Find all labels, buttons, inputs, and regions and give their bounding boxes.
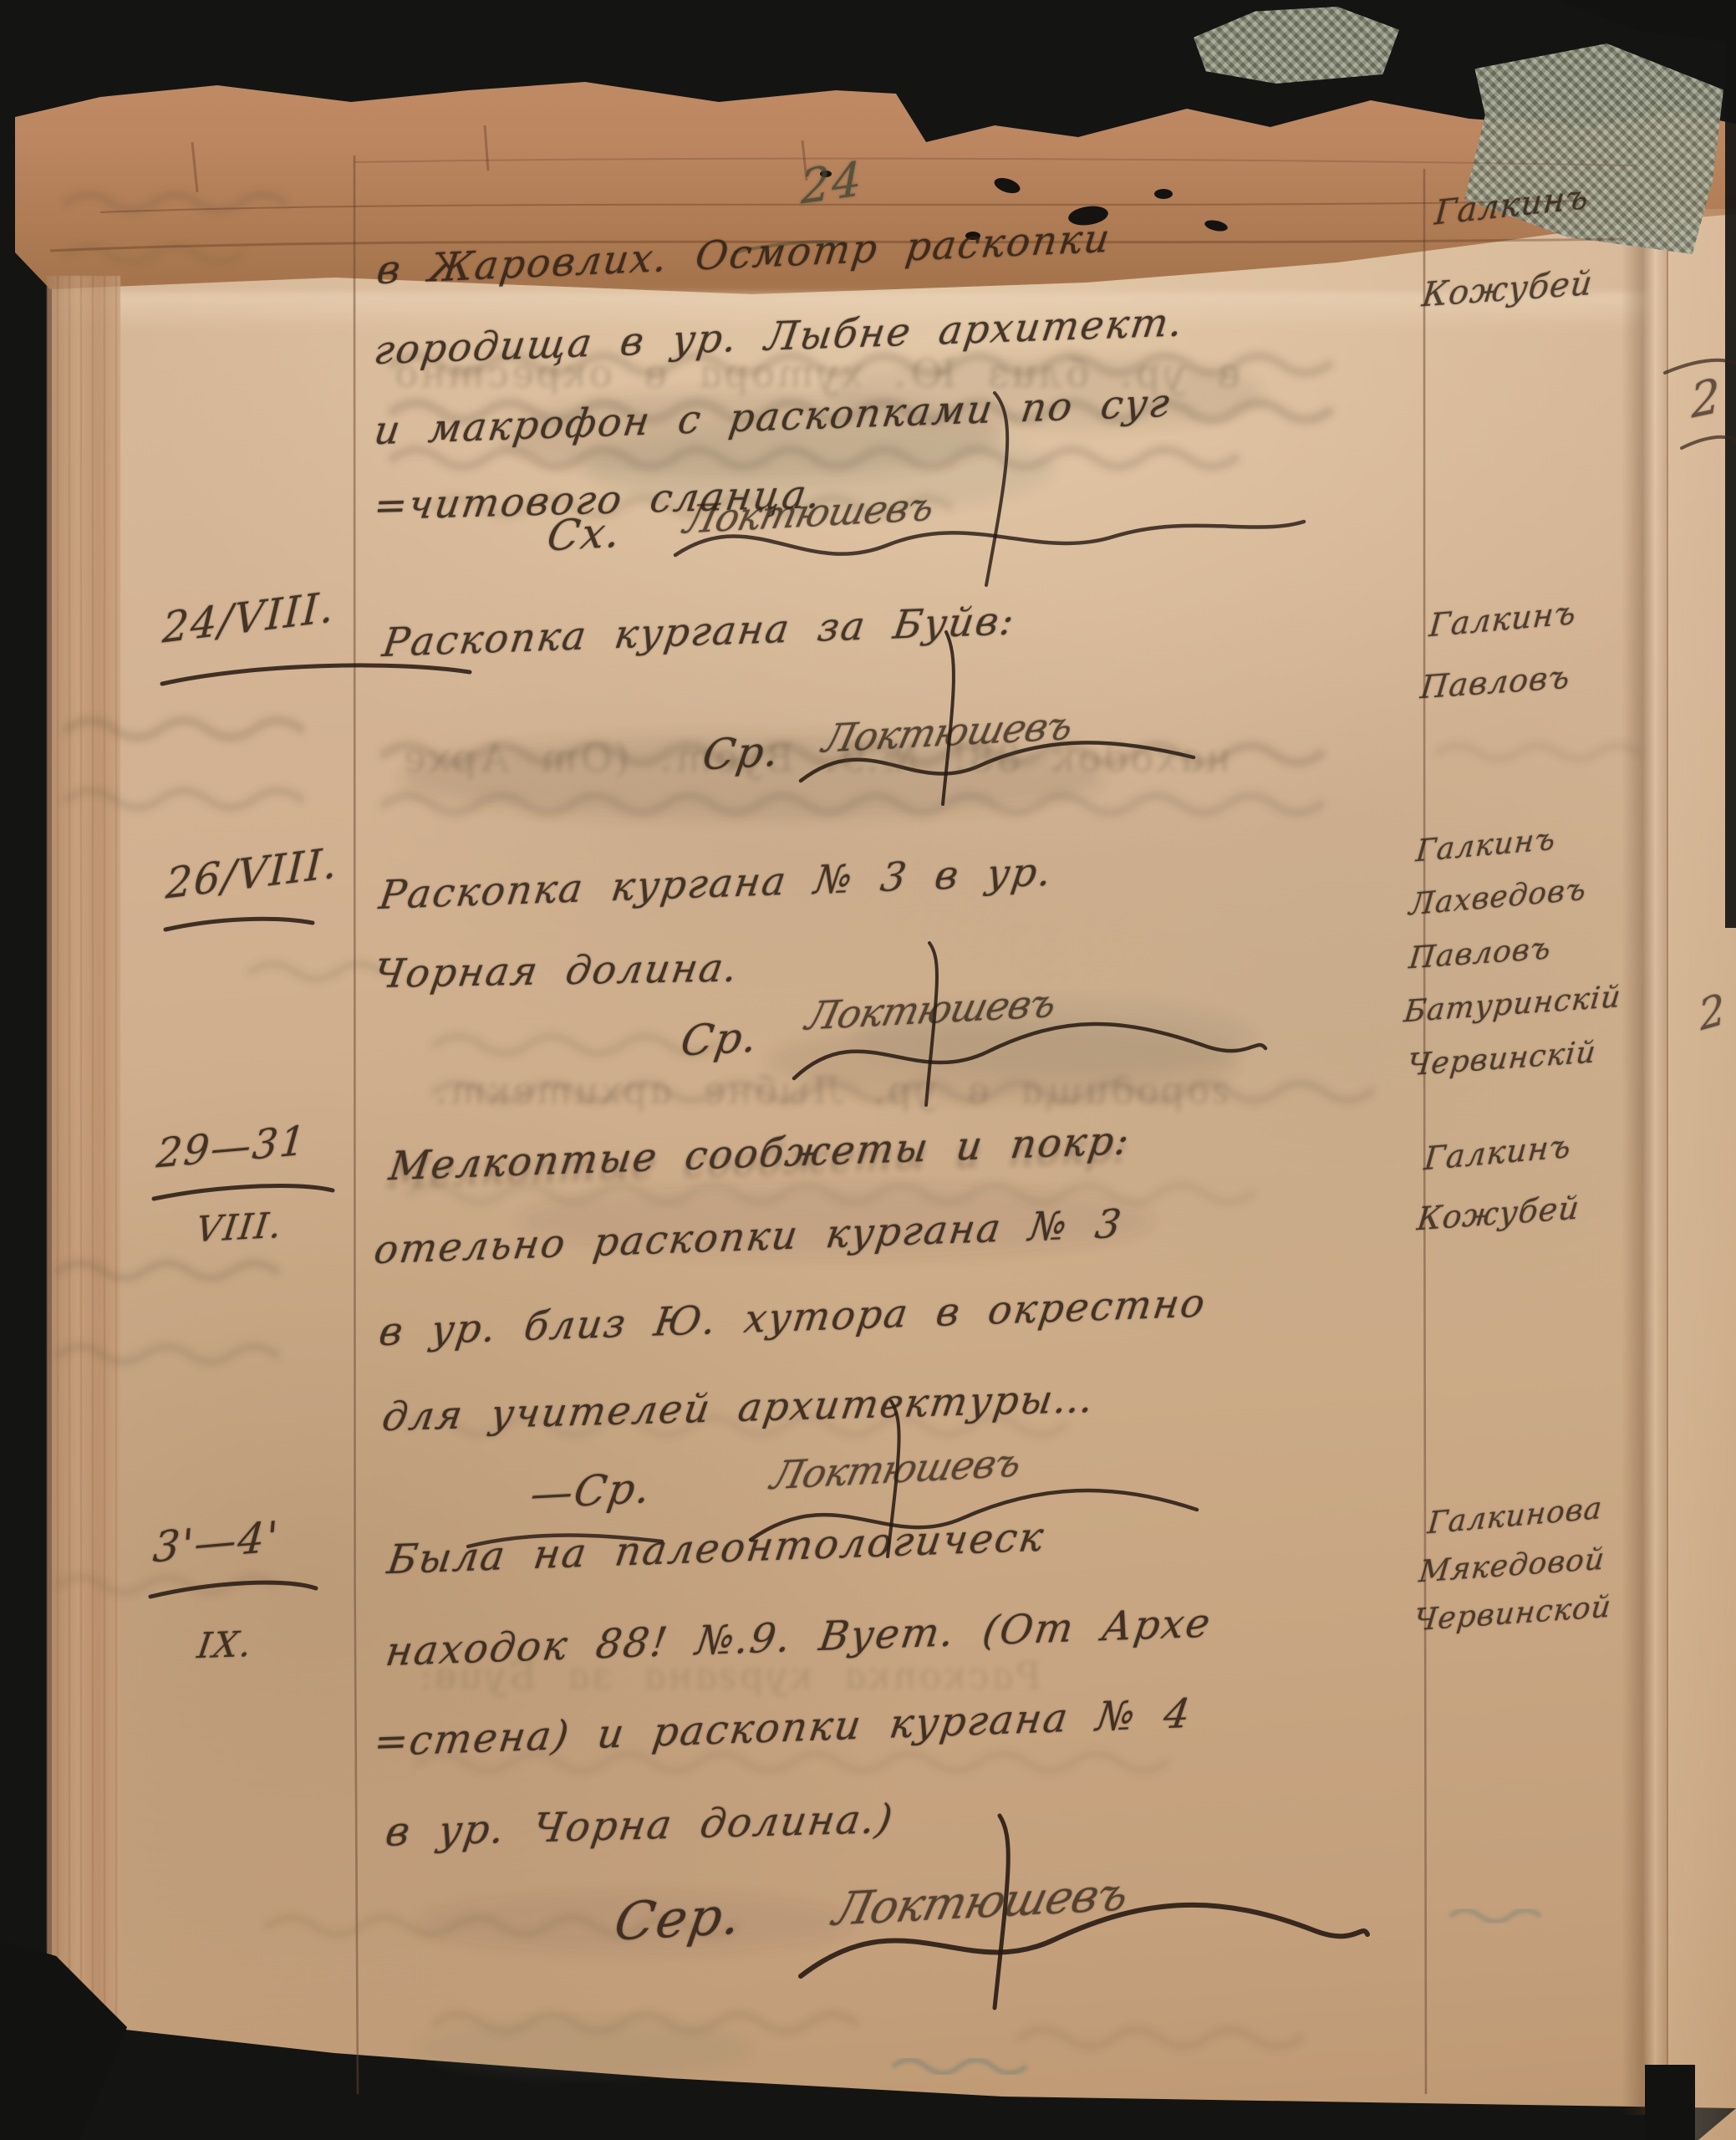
page-number: 24	[801, 152, 863, 216]
signature-prefix: Сх.	[544, 507, 626, 560]
entry-date-month: IX.	[195, 1623, 256, 1667]
entry-line: Чорная долина.	[370, 945, 742, 997]
signature-prefix: Ср.	[700, 726, 784, 779]
signature-prefix: Ср.	[678, 1012, 762, 1065]
next-page-fragment: 2	[1690, 368, 1723, 430]
scanned-journal-page: в ур. близ Ю. хутора в окрестно находок …	[0, 0, 1736, 2140]
bleedthrough-ghost-text: городища в ур. Лыбне архитект.	[431, 1070, 1235, 1113]
bleedthrough-ghost-text: находок 88! №.9. Вует. (От Архе	[397, 736, 1235, 781]
signature-prefix: —Ср.	[527, 1463, 655, 1518]
next-page-fragment: 2	[1697, 984, 1729, 1041]
entry-date-month: VIII.	[194, 1205, 285, 1251]
signature-prefix: Сер.	[610, 1884, 746, 1953]
